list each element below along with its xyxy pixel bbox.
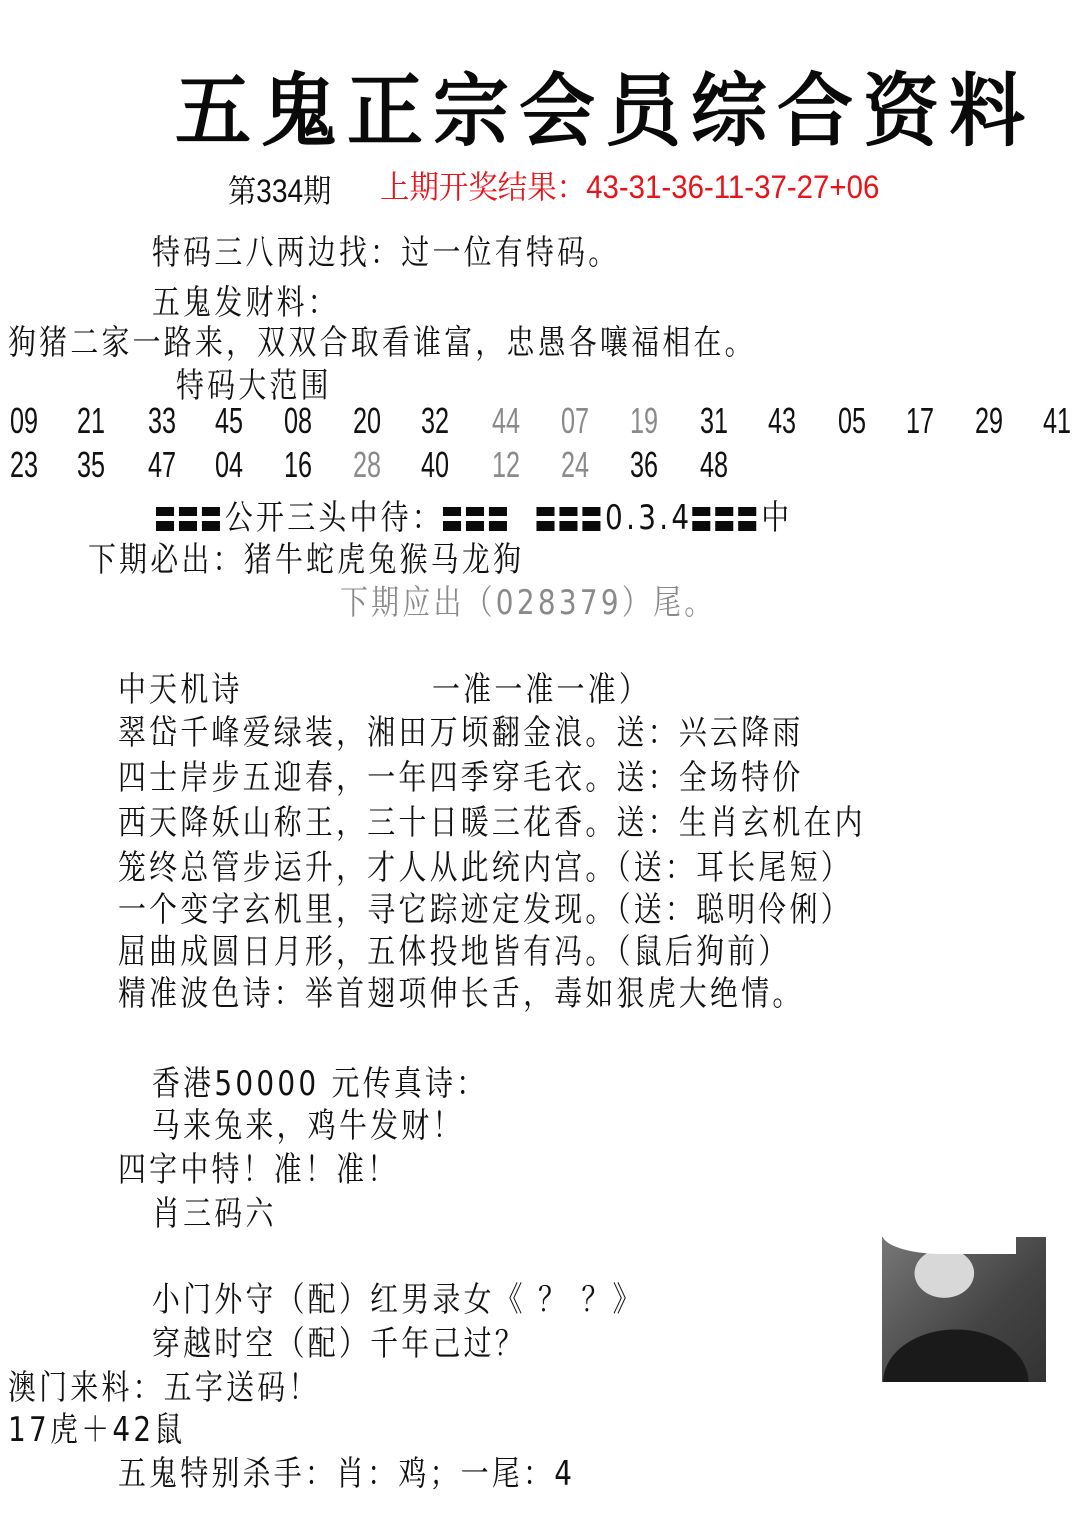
- macau-numbers: 17虎＋42鼠: [8, 1402, 186, 1451]
- public-heads-suffix: 中: [761, 498, 792, 538]
- match-line: 小门外守（配）红男录女《 ？ ？》: [152, 1272, 644, 1321]
- number: 33: [148, 400, 176, 442]
- last-result-label: 上期开奖结果：: [380, 169, 586, 205]
- number: 16: [284, 444, 312, 486]
- number: 09: [10, 400, 38, 442]
- number-row-2: 23 35 47 04 16 28 40 12 24 36 48: [0, 444, 1080, 484]
- hk-fax-line: 肖三码六: [152, 1186, 277, 1235]
- person-photo: [882, 1237, 1046, 1382]
- hk-fax-line: 四字中特！准！准！: [118, 1142, 398, 1191]
- number: 35: [77, 444, 105, 486]
- block-icon: [156, 507, 174, 531]
- block-icon: [202, 507, 220, 531]
- number: 21: [77, 400, 105, 442]
- number: 07: [561, 400, 589, 442]
- number: 44: [492, 400, 520, 442]
- number: 31: [700, 400, 728, 442]
- next-tail-line: 下期应出（028379）尾。: [340, 575, 715, 624]
- color-poem-line: 精准波色诗：举首翅项伸长舌，毒如狠虎大绝情。: [118, 966, 804, 1015]
- page-title: 五鬼正宗会员综合资料: [175, 47, 1035, 161]
- next-must-line: 下期必出：猪牛蛇虎兔猴马龙狗: [88, 532, 524, 581]
- fortune-verse: 狗猪二家一路来，双双合取看谁富，忠愚各嚷福相在。: [8, 315, 756, 364]
- poem-line: 西天降妖山称王，三十日暖三花香。送：生肖玄机在内: [118, 795, 866, 844]
- number: 04: [215, 444, 243, 486]
- number: 23: [10, 444, 38, 486]
- public-heads-value: 0.3.4: [605, 498, 692, 538]
- number: 32: [421, 400, 449, 442]
- block-icon: [179, 507, 197, 531]
- poem-line: 翠岱千峰爱绿装，湘田万顷翻金浪。送：兴云降雨: [118, 705, 804, 754]
- issue-number: 第334期: [228, 166, 331, 212]
- number: 41: [1043, 400, 1071, 442]
- number-row-1: 09 21 33 45 08 20 32 44 07 19 31 43 05 1…: [0, 400, 1080, 440]
- number: 40: [421, 444, 449, 486]
- killer-line: 五鬼特别杀手：肖：鸡；一尾：4: [118, 1446, 575, 1495]
- poem-line: 四士岸步五迎春，一年四季穿毛衣。送：全场特价: [118, 750, 804, 799]
- number: 36: [630, 444, 658, 486]
- number: 20: [353, 400, 381, 442]
- block-icon: [559, 507, 577, 531]
- hk-fax-line: 马来兔来，鸡牛发财！: [152, 1098, 464, 1147]
- match-line: 穿越时空（配）千年己过？: [152, 1316, 526, 1365]
- number: 28: [353, 444, 381, 486]
- block-icon: [466, 507, 484, 531]
- number: 19: [630, 400, 658, 442]
- number: 08: [284, 400, 312, 442]
- number: 29: [975, 400, 1003, 442]
- next-must-value: 猪牛蛇虎兔猴马龙狗: [244, 540, 524, 580]
- number: 17: [906, 400, 934, 442]
- last-result-numbers: 43-31-36-11-37-27+06: [586, 169, 879, 205]
- poem-heading-note: 一准一准一准）: [432, 662, 650, 711]
- block-icon: [489, 507, 507, 531]
- number: 24: [561, 444, 589, 486]
- hint-line: 特码三八两边找：过一位有特码。: [152, 225, 619, 274]
- number: 48: [700, 444, 728, 486]
- number: 05: [838, 400, 866, 442]
- block-icon: [715, 507, 733, 531]
- block-icon: [692, 507, 710, 531]
- block-icon: [738, 507, 756, 531]
- number: 45: [215, 400, 243, 442]
- photo-mask: [882, 1220, 1016, 1254]
- block-icon: [536, 507, 554, 531]
- last-result: 上期开奖结果：43-31-36-11-37-27+06: [380, 162, 879, 208]
- next-must-label: 下期必出：: [88, 540, 244, 580]
- block-icon: [582, 507, 600, 531]
- number: 12: [492, 444, 520, 486]
- poem-heading: 中天机诗: [118, 662, 243, 711]
- block-icon: [443, 507, 461, 531]
- number: 43: [768, 400, 796, 442]
- number: 47: [148, 444, 176, 486]
